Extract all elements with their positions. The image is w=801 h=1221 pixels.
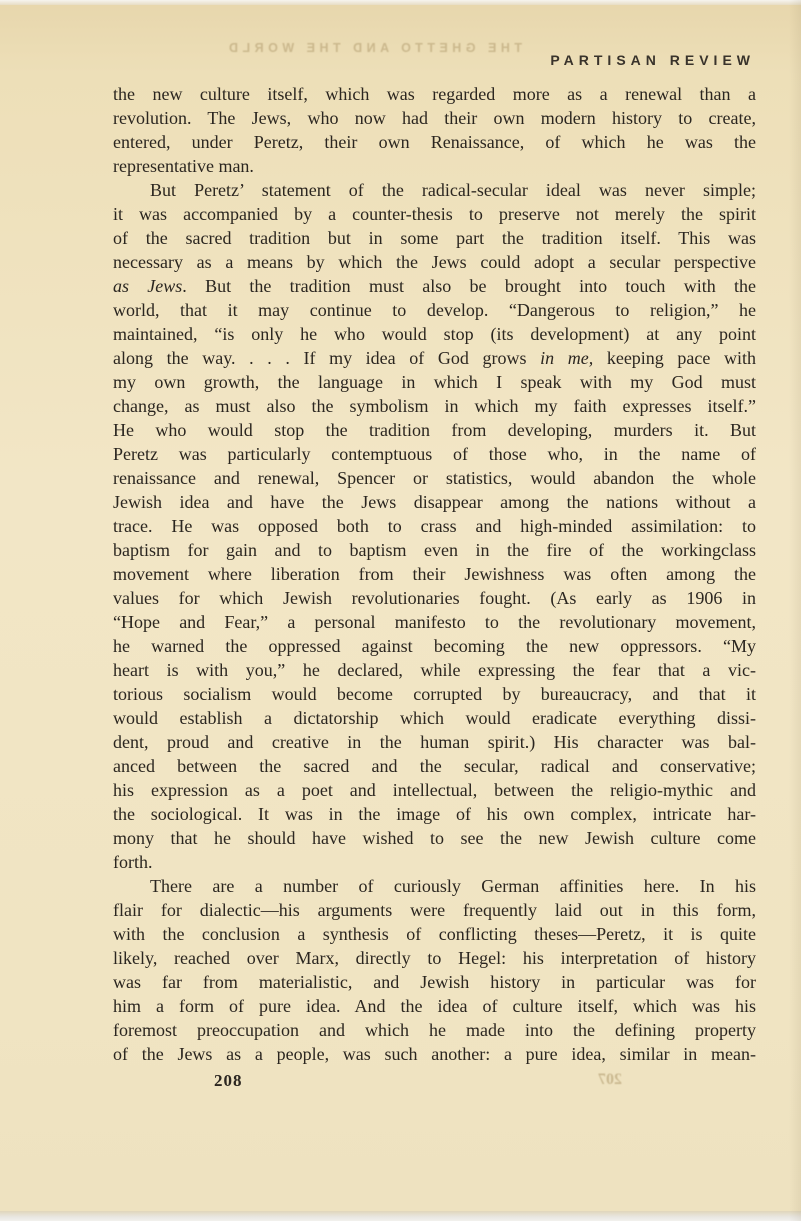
text-segment: him a form of pure idea. And the idea of… <box>113 996 756 1016</box>
text-line: flair for dialectic—his arguments were f… <box>113 898 756 922</box>
paragraph: the new culture itself, which was regard… <box>113 82 756 178</box>
text-segment: torious socialism would become corrupted… <box>113 684 756 704</box>
text-line: He who would stop the tradition from dev… <box>113 418 756 442</box>
text-segment: Jewish idea and have the Jews disappear … <box>113 492 756 512</box>
text-segment: would establish a dictatorship which wou… <box>113 708 756 728</box>
text-line: mony that he should have wished to see t… <box>113 826 756 850</box>
text-line: of the Jews as a people, was such anothe… <box>113 1042 756 1066</box>
text-segment: dent, proud and creative in the human sp… <box>113 732 756 752</box>
text-line: revolution. The Jews, who now had their … <box>113 106 756 130</box>
text-segment: his expression as a poet and intellectua… <box>113 780 756 800</box>
text-line: movement where liberation from their Jew… <box>113 562 756 586</box>
text-segment: maintained, “is only he who would stop (… <box>113 324 756 344</box>
text-segment: trace. He was opposed both to crass and … <box>113 516 756 536</box>
text-line: entered, under Peretz, their own Renaiss… <box>113 130 756 154</box>
text-segment: Peretz was particularly contemptuous of … <box>113 444 756 464</box>
text-segment: with the conclusion a synthesis of confl… <box>113 924 756 944</box>
page-right-edge <box>789 0 801 1221</box>
text-line: But Peretz’ statement of the radical-sec… <box>113 178 756 202</box>
text-line: with the conclusion a synthesis of confl… <box>113 922 756 946</box>
text-line: world, that it may continue to develop. … <box>113 298 756 322</box>
paragraph: There are a number of curiously German a… <box>113 874 756 1066</box>
text-segment: my own growth, the language in which I s… <box>113 372 756 392</box>
text-line: “Hope and Fear,” a personal manifesto to… <box>113 610 756 634</box>
page-number: 208 <box>214 1071 243 1091</box>
text-segment: was far from materialistic, and Jewish h… <box>113 972 756 992</box>
text-segment: movement where liberation from their Jew… <box>113 564 756 584</box>
text-line: my own growth, the language in which I s… <box>113 370 756 394</box>
text-line: representative man. <box>113 154 756 178</box>
text-segment: renaissance and renewal, Spencer or stat… <box>113 468 756 488</box>
text-line: likely, reached over Marx, directly to H… <box>113 946 756 970</box>
text-line: values for which Jewish revolutionaries … <box>113 586 756 610</box>
text-line: baptism for gain and to baptism even in … <box>113 538 756 562</box>
text-line: the new culture itself, which was regard… <box>113 82 756 106</box>
text-segment: forth. <box>113 852 153 872</box>
text-segment: flair for dialectic—his arguments were f… <box>113 900 756 920</box>
show-through-page-number: 207 <box>598 1071 622 1089</box>
text-segment: baptism for gain and to baptism even in … <box>113 540 756 560</box>
text-segment: keeping pace with <box>593 348 756 368</box>
text-segment: he warned the oppressed against becoming… <box>113 636 756 656</box>
text-line: maintained, “is only he who would stop (… <box>113 322 756 346</box>
italic-text-segment: in me, <box>540 348 593 368</box>
text-line: anced between the sacred and the secular… <box>113 754 756 778</box>
paragraph: But Peretz’ statement of the radical-sec… <box>113 178 756 874</box>
show-through-running-head: THE GHETTO AND THE WORLD <box>138 41 522 55</box>
italic-text-segment: as Jews <box>113 276 182 296</box>
text-segment: “Hope and Fear,” a personal manifesto to… <box>113 612 756 632</box>
text-line: he warned the oppressed against becoming… <box>113 634 756 658</box>
body-text: the new culture itself, which was regard… <box>113 82 756 1066</box>
text-segment: foremost preoccupation and which he made… <box>113 1020 756 1040</box>
text-line: was far from materialistic, and Jewish h… <box>113 970 756 994</box>
text-segment: of the sacred tradition but in some part… <box>113 228 756 248</box>
text-segment: along the way. . . . If my idea of God g… <box>113 348 540 368</box>
text-line: along the way. . . . If my idea of God g… <box>113 346 756 370</box>
text-line: There are a number of curiously German a… <box>113 874 756 898</box>
text-segment: But Peretz’ statement of the radical-sec… <box>150 180 756 200</box>
text-line: foremost preoccupation and which he made… <box>113 1018 756 1042</box>
scanned-book-page: THE GHETTO AND THE WORLD PARTISAN REVIEW… <box>0 0 801 1221</box>
text-segment: of the Jews as a people, was such anothe… <box>113 1044 756 1064</box>
text-line: would establish a dictatorship which wou… <box>113 706 756 730</box>
text-segment: mony that he should have wished to see t… <box>113 828 756 848</box>
text-line: forth. <box>113 850 756 874</box>
text-segment: the new culture itself, which was regard… <box>113 84 756 104</box>
text-line: Jewish idea and have the Jews disappear … <box>113 490 756 514</box>
text-segment: likely, reached over Marx, directly to H… <box>113 948 756 968</box>
text-line: it was accompanied by a counter-thesis t… <box>113 202 756 226</box>
text-segment: entered, under Peretz, their own Renaiss… <box>113 132 756 152</box>
text-segment: world, that it may continue to develop. … <box>113 300 756 320</box>
text-line: him a form of pure idea. And the idea of… <box>113 994 756 1018</box>
text-segment: heart is with you,” he declared, while e… <box>113 660 756 680</box>
text-line: of the sacred tradition but in some part… <box>113 226 756 250</box>
text-line: the sociological. It was in the image of… <box>113 802 756 826</box>
text-segment: necessary as a means by which the Jews c… <box>113 252 756 272</box>
text-line: change, as must also the symbolism in wh… <box>113 394 756 418</box>
text-line: dent, proud and creative in the human sp… <box>113 730 756 754</box>
text-segment: it was accompanied by a counter-thesis t… <box>113 204 756 224</box>
text-segment: He who would stop the tradition from dev… <box>113 420 756 440</box>
text-segment: values for which Jewish revolutionaries … <box>113 588 756 608</box>
text-segment: the sociological. It was in the image of… <box>113 804 756 824</box>
text-segment: revolution. The Jews, who now had their … <box>113 108 756 128</box>
text-segment: . But the tradition must also be brought… <box>182 276 756 296</box>
text-line: trace. He was opposed both to crass and … <box>113 514 756 538</box>
running-head: PARTISAN REVIEW <box>550 52 755 68</box>
text-line: heart is with you,” he declared, while e… <box>113 658 756 682</box>
page-top-edge <box>0 0 801 5</box>
text-segment: change, as must also the symbolism in wh… <box>113 396 756 416</box>
text-segment: representative man. <box>113 156 254 176</box>
text-line: necessary as a means by which the Jews c… <box>113 250 756 274</box>
text-segment: There are a number of curiously German a… <box>150 876 756 896</box>
text-line: torious socialism would become corrupted… <box>113 682 756 706</box>
text-line: his expression as a poet and intellectua… <box>113 778 756 802</box>
page-bottom-edge <box>0 1211 801 1221</box>
text-line: Peretz was particularly contemptuous of … <box>113 442 756 466</box>
text-line: as Jews. But the tradition must also be … <box>113 274 756 298</box>
book-spine-shadow <box>0 3 52 1221</box>
text-line: renaissance and renewal, Spencer or stat… <box>113 466 756 490</box>
text-segment: anced between the sacred and the secular… <box>113 756 756 776</box>
